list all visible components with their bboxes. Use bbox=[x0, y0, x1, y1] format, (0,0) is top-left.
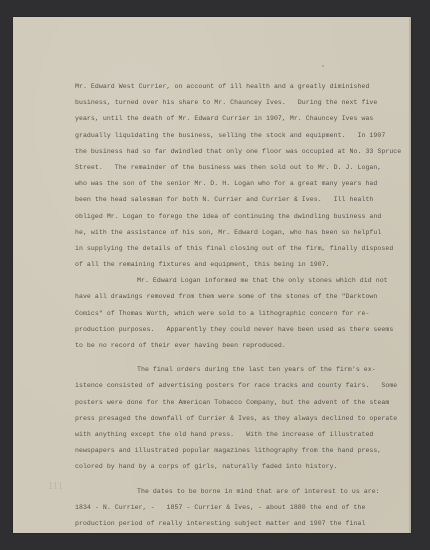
text-line: Street. The remainder of the business wa… bbox=[75, 160, 405, 176]
text-line: colored by hand by a corps of girls, nat… bbox=[75, 459, 405, 475]
paragraph-gap bbox=[75, 354, 405, 362]
paragraph-gap bbox=[75, 476, 405, 484]
text-line: in supplying the details of this final c… bbox=[75, 241, 405, 257]
text-line: istence consisted of advertising posters… bbox=[75, 378, 405, 394]
text-line: Mr. Edward Logan informed me that the on… bbox=[75, 273, 405, 289]
text-line: have all drawings removed from them were… bbox=[75, 289, 405, 305]
text-line: who was the son of the senior Mr. D. H. … bbox=[75, 176, 405, 192]
text-line: business, turned over his share to Mr. C… bbox=[75, 95, 405, 111]
text-line: production purposes. Apparently they cou… bbox=[75, 322, 405, 338]
typewritten-text: Mr. Edward West Currier, on account of i… bbox=[75, 79, 405, 532]
text-line: The dates to be borne in mind that are o… bbox=[75, 484, 405, 500]
paragraph-3: The final orders during the last ten yea… bbox=[75, 362, 405, 475]
text-line: production period of really interesting … bbox=[75, 516, 405, 532]
paragraph-4: The dates to be borne in mind that are o… bbox=[75, 484, 405, 533]
text-line: he, with the assistance of his son, Mr. … bbox=[75, 225, 405, 241]
document-page: 111 Mr. Edward West Currier, on account … bbox=[13, 17, 411, 533]
pencil-margin-note: 111 bbox=[48, 482, 62, 492]
text-line: gradually liquidating the business, sell… bbox=[75, 128, 405, 144]
viewer-background: 111 Mr. Edward West Currier, on account … bbox=[0, 0, 430, 550]
text-line: 1834 - N. Currier, - 1857 - Currier & Iv… bbox=[75, 500, 405, 516]
text-line: of all the remaining fixtures and equipm… bbox=[75, 257, 405, 273]
text-line: with anything except the old hand press.… bbox=[75, 427, 405, 443]
text-line: to be no record of their ever having bee… bbox=[75, 338, 405, 354]
text-line: obliged Mr. Logan to forego the idea of … bbox=[75, 209, 405, 225]
paragraph-2: Mr. Edward Logan informed me that the on… bbox=[75, 273, 405, 354]
text-line: been the head salesman for both N. Curri… bbox=[75, 192, 405, 208]
text-line: Comics" of Thomas Worth, which were sold… bbox=[75, 306, 405, 322]
text-line: newspapers and illustrated popular magaz… bbox=[75, 443, 405, 459]
text-line: posters were done for the American Tobac… bbox=[75, 395, 405, 411]
text-line: Mr. Edward West Currier, on account of i… bbox=[75, 79, 405, 95]
text-line: years, until the death of Mr. Edward Cur… bbox=[75, 111, 405, 127]
paper-speck bbox=[322, 65, 324, 67]
text-line: press presaged the downfall of Currier &… bbox=[75, 411, 405, 427]
paragraph-1: Mr. Edward West Currier, on account of i… bbox=[75, 79, 405, 273]
text-line: The final orders during the last ten yea… bbox=[75, 362, 405, 378]
text-line: the business had so far dwindled that on… bbox=[75, 144, 405, 160]
